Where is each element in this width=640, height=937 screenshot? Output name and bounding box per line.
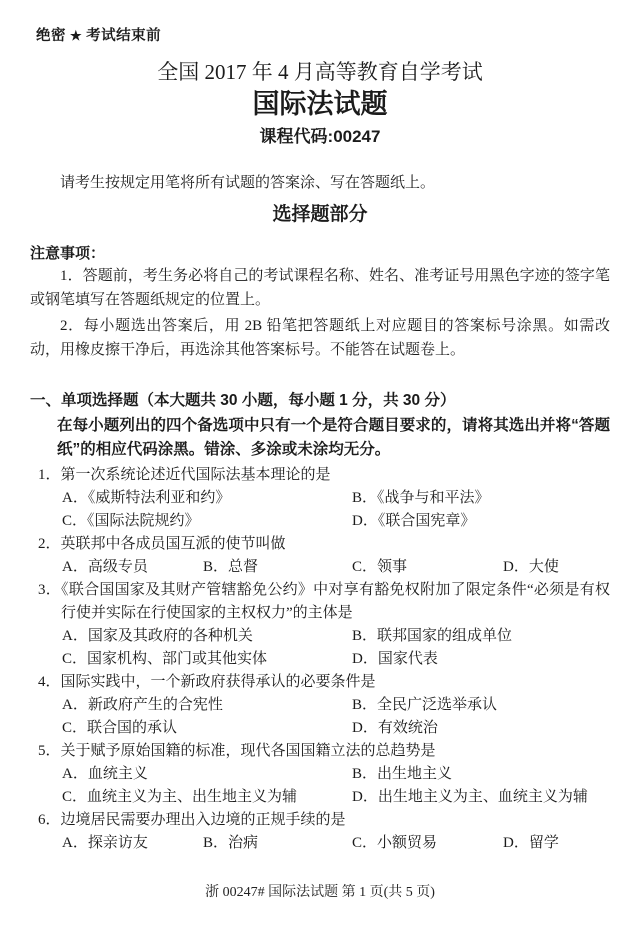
question-number: 6．: [38, 812, 61, 828]
classification-level: 绝密: [36, 28, 66, 44]
section-one-heading: 一、单项选择题（本大题共 30 小题，每小题 1 分，共 30 分）: [30, 389, 610, 413]
star-icon: ★: [66, 28, 86, 43]
option-b: B．联邦国家的组成单位: [352, 625, 610, 648]
question-options: A．新政府产生的合宪性 B．全民广泛选举承认 C．联合国的承认 D．有效统治: [62, 694, 610, 740]
section-part-title: 选择题部分: [30, 203, 610, 227]
paper-title: 国际法试题: [30, 88, 610, 121]
option-a: A．高级专员: [62, 556, 203, 579]
option-a: A．《威斯特法利亚和约》: [62, 487, 352, 510]
question-stem-text: 关于赋予原始国籍的标准，现代各国国籍立法的总趋势是: [61, 743, 436, 759]
question-options: A．国家及其政府的各种机关 B．联邦国家的组成单位 C．国家机构、部门或其他实体…: [62, 625, 610, 671]
question-stem-text: 《联合国国家及其财产管辖豁免公约》中对享有豁免权附加了限定条件“必须是有权行使并…: [61, 582, 610, 621]
question-item-2: 2．英联邦中各成员国互派的使节叫做 A．高级专员 B．总督 C．领事 D．大使: [30, 533, 610, 579]
option-b: B．治病: [203, 832, 352, 855]
option-a: A．探亲访友: [62, 832, 203, 855]
notice-item-2: 2．每小题选出答案后，用 2B 铅笔把答题纸上对应题目的答案标号涂黑。如需改动，…: [30, 314, 610, 362]
question-number: 3．: [38, 582, 61, 598]
classification-note: 考试结束前: [86, 28, 161, 44]
question-list: 1．第一次系统论述近代国际法基本理论的是 A．《威斯特法利亚和约》 B．《战争与…: [30, 464, 610, 855]
option-d: D．国家代表: [352, 648, 610, 671]
question-number: 5．: [38, 743, 61, 759]
question-options: A．血统主义 B．出生地主义 C．血统主义为主、出生地主义为辅 D．出生地主义为…: [62, 763, 610, 809]
question-item-6: 6．边境居民需要办理出入边境的正规手续的是 A．探亲访友 B．治病 C．小额贸易…: [30, 809, 610, 855]
option-b: B．总督: [203, 556, 352, 579]
page-footer: 浙 00247# 国际法试题 第 1 页(共 5 页): [0, 884, 640, 902]
option-c: C．领事: [352, 556, 503, 579]
question-stem: 2．英联邦中各成员国互派的使节叫做: [38, 533, 610, 556]
section-one-subheading: 在每小题列出的四个备选项中只有一个是符合题目要求的，请将其选出并将“答题纸”的相…: [57, 414, 610, 462]
question-options: A．高级专员 B．总督 C．领事 D．大使: [62, 556, 610, 579]
option-a: A．国家及其政府的各种机关: [62, 625, 352, 648]
course-code: 课程代码:00247: [30, 126, 610, 147]
option-c: C．小额贸易: [352, 832, 503, 855]
option-d: D．出生地主义为主、血统主义为辅: [352, 786, 610, 809]
question-stem-text: 第一次系统论述近代国际法基本理论的是: [61, 467, 331, 483]
option-d: D．留学: [503, 832, 610, 855]
question-item-1: 1．第一次系统论述近代国际法基本理论的是 A．《威斯特法利亚和约》 B．《战争与…: [30, 464, 610, 533]
option-b: B．《战争与和平法》: [352, 487, 610, 510]
option-c: C．联合国的承认: [62, 717, 352, 740]
option-c: C．血统主义为主、出生地主义为辅: [62, 786, 352, 809]
question-item-3: 3．《联合国国家及其财产管辖豁免公约》中对享有豁免权附加了限定条件“必须是有权行…: [30, 579, 610, 671]
exam-session-title: 全国 2017 年 4 月高等教育自学考试: [30, 59, 610, 86]
option-d: D．有效统治: [352, 717, 610, 740]
question-item-4: 4．国际实践中，一个新政府获得承认的必要条件是 A．新政府产生的合宪性 B．全民…: [30, 671, 610, 740]
option-c: C．国家机构、部门或其他实体: [62, 648, 352, 671]
question-stem: 4．国际实践中，一个新政府获得承认的必要条件是: [38, 671, 610, 694]
option-a: A．新政府产生的合宪性: [62, 694, 352, 717]
question-number: 4．: [38, 674, 61, 690]
exam-paper-page: 绝密★考试结束前 全国 2017 年 4 月高等教育自学考试 国际法试题 课程代…: [0, 0, 640, 937]
question-stem-text: 英联邦中各成员国互派的使节叫做: [61, 536, 286, 552]
question-options: A．探亲访友 B．治病 C．小额贸易 D．留学: [62, 832, 610, 855]
option-b: B．全民广泛选举承认: [352, 694, 610, 717]
notice-title: 注意事项：: [30, 244, 610, 264]
pen-instruction: 请考生按规定用笔将所有试题的答案涂、写在答题纸上。: [30, 173, 610, 193]
question-number: 1．: [38, 467, 61, 483]
option-d: D．《联合国宪章》: [352, 510, 610, 533]
option-a: A．血统主义: [62, 763, 352, 786]
question-stem-text: 国际实践中，一个新政府获得承认的必要条件是: [61, 674, 376, 690]
question-number: 2．: [38, 536, 61, 552]
option-d: D．大使: [503, 556, 610, 579]
question-item-5: 5．关于赋予原始国籍的标准，现代各国国籍立法的总趋势是 A．血统主义 B．出生地…: [30, 740, 610, 809]
question-stem: 1．第一次系统论述近代国际法基本理论的是: [38, 464, 610, 487]
question-stem: 5．关于赋予原始国籍的标准，现代各国国籍立法的总趋势是: [38, 740, 610, 763]
question-stem-text: 边境居民需要办理出入边境的正规手续的是: [61, 812, 346, 828]
question-stem: 6．边境居民需要办理出入边境的正规手续的是: [38, 809, 610, 832]
question-options: A．《威斯特法利亚和约》 B．《战争与和平法》 C．《国际法院规约》 D．《联合…: [62, 487, 610, 533]
question-stem: 3．《联合国国家及其财产管辖豁免公约》中对享有豁免权附加了限定条件“必须是有权行…: [38, 579, 610, 625]
option-b: B．出生地主义: [352, 763, 610, 786]
classification-banner: 绝密★考试结束前: [36, 26, 610, 46]
option-c: C．《国际法院规约》: [62, 510, 352, 533]
notice-item-1: 1．答题前，考生务必将自己的考试课程名称、姓名、准考证号用黑色字迹的签字笔或钢笔…: [30, 264, 610, 312]
